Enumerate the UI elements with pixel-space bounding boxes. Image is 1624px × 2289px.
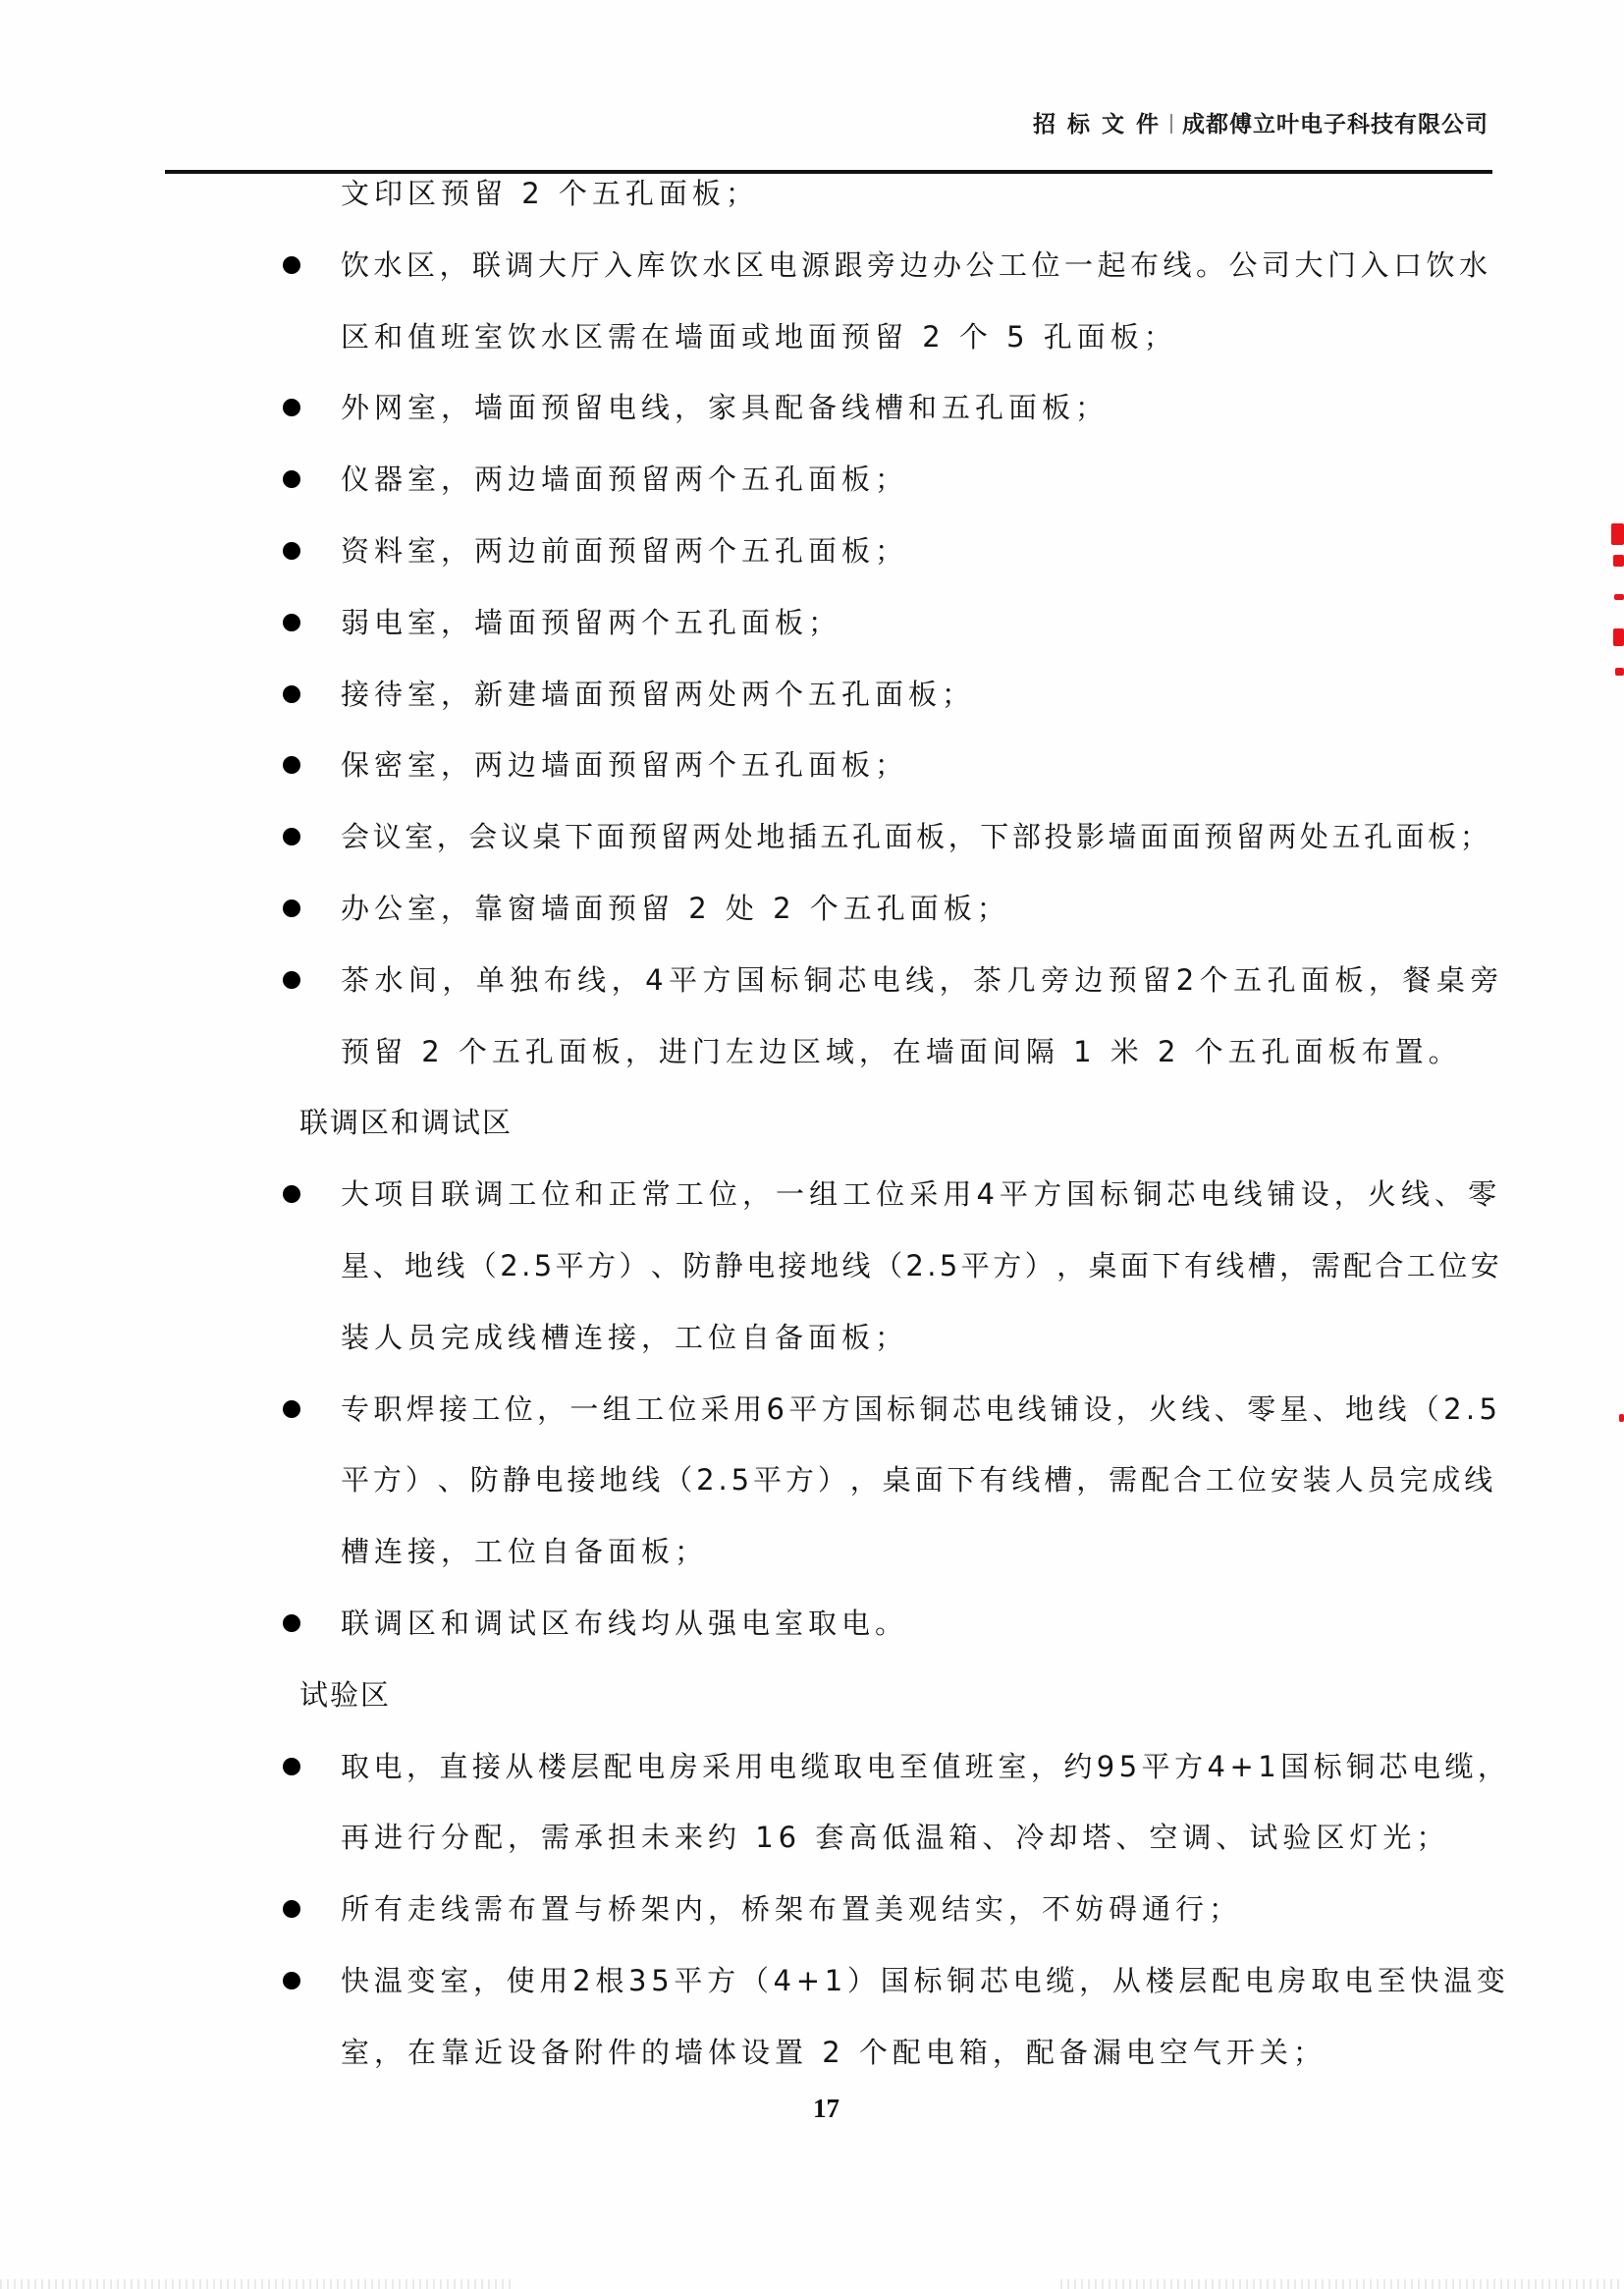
bullet-icon (283, 1185, 300, 1203)
list-item-continuation: 区和值班室饮水区需在墙面或地面预留 2 个 5 孔面板； (341, 317, 1488, 356)
list-item-text: 仪器室，两边墙面预留两个五孔面板； (341, 460, 1488, 499)
list-item-text: 外网室，墙面预留电线，家具配备线槽和五孔面板； (341, 388, 1488, 427)
list-item-continuation: 平 方 ） 、 防 静 电 接 地 线 （ 2 . 5 平 方 ） ， 桌 面 … (341, 1460, 1488, 1499)
bullet-icon (283, 1758, 300, 1775)
list-item-continuation: 文印区预留 2 个五孔面板； (341, 174, 1488, 213)
list-item-text: 取 电 ， 直 接 从 楼 层 配 电 房 采 用 电 缆 取 电 至 值 班 … (341, 1747, 1488, 1786)
bullet-icon (283, 1400, 300, 1418)
list-item-continuation: 室，在靠近设备附件的墙体设置 2 个配电箱，配备漏电空气开关； (341, 2033, 1488, 2072)
list-item-text: 饮 水 区 ， 联 调 大 厅 入 库 饮 水 区 电 源 跟 旁 边 办 公 … (341, 245, 1488, 285)
scan-artifact (1060, 2279, 1624, 2289)
bullet-icon (283, 399, 300, 416)
header-separator (1170, 114, 1172, 134)
scan-artifact (0, 2279, 511, 2289)
list-item-text: 快 温 变 室 ， 使 用 2 根 3 5 平 方 （ 4 + 1 ） 国 标 … (341, 1961, 1488, 2000)
list-item-continuation: 预留 2 个五孔面板，进门左边区域，在墙面间隔 1 米 2 个五孔面板布置。 (341, 1032, 1488, 1071)
bullet-icon (283, 756, 300, 774)
list-item-text: 资料室，两边前面预留两个五孔面板； (341, 531, 1488, 571)
bullet-icon (283, 685, 300, 703)
section-heading: 试验区 (299, 1675, 391, 1715)
list-item-text: 大 项 目 联 调 工 位 和 正 常 工 位 ， 一 组 工 位 采 用 4 … (341, 1174, 1488, 1214)
list-item-text: 接待室，新建墙面预留两处两个五孔面板； (341, 675, 1488, 714)
document-page: 招标文件成都傅立叶电子科技有限公司 文印区预留 2 个五孔面板；饮 水 区 ， … (0, 0, 1624, 2289)
running-header: 招标文件成都傅立叶电子科技有限公司 (1033, 106, 1489, 138)
list-item-text: 保密室，两边墙面预留两个五孔面板； (341, 745, 1488, 785)
bullet-icon (283, 1614, 300, 1632)
header-company: 成都傅立叶电子科技有限公司 (1182, 112, 1489, 137)
list-item-continuation: 槽连接，工位自备面板； (341, 1532, 1488, 1571)
list-item-text: 会 议 室 ， 会 议 桌 下 面 预 留 两 处 地 插 五 孔 面 板 ， … (341, 817, 1488, 856)
list-item-text: 弱电室，墙面预留两个五孔面板； (341, 603, 1488, 642)
bullet-icon (283, 899, 300, 917)
header-doc-type: 招标文件 (1033, 112, 1170, 137)
bullet-icon (283, 1972, 300, 1989)
list-item-text: 联调区和调试区布线均从强电室取电。 (341, 1604, 1488, 1643)
bullet-icon (283, 828, 300, 845)
bullet-icon (283, 971, 300, 989)
bullet-icon (283, 614, 300, 631)
section-heading: 联调区和调试区 (299, 1103, 513, 1142)
list-item-continuation: 星 、 地 线 （ 2 . 5 平 方 ） 、 防 静 电 接 地 线 （ 2 … (341, 1246, 1488, 1285)
list-item-text: 专 职 焊 接 工 位 ， 一 组 工 位 采 用 6 平 方 国 标 铜 芯 … (341, 1390, 1488, 1429)
bullet-icon (283, 470, 300, 488)
list-item-continuation: 装人员完成线槽连接，工位自备面板； (341, 1318, 1488, 1357)
list-item-text: 办公室，靠窗墙面预留 2 处 2 个五孔面板； (341, 889, 1488, 928)
page-number: 17 (813, 2094, 839, 2124)
bullet-icon (283, 542, 300, 560)
list-item-continuation: 再进行分配，需承担未来约 16 套高低温箱、冷却塔、空调、试验区灯光； (341, 1818, 1488, 1857)
list-item-text: 所有走线需布置与桥架内，桥架布置美观结实，不妨碍通行； (341, 1889, 1488, 1929)
bullet-icon (283, 1900, 300, 1918)
bullet-icon (283, 256, 300, 274)
list-item-text: 茶 水 间 ， 单 独 布 线 ， 4 平 方 国 标 铜 芯 电 线 ， 茶 … (341, 960, 1488, 1000)
